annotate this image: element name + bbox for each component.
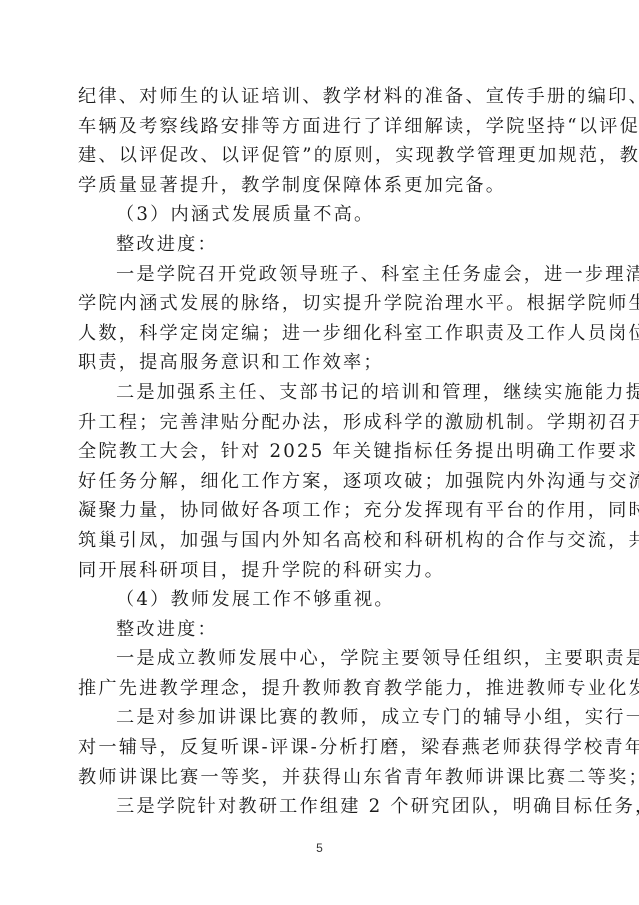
text-line: 二是加强系主任、支部书记的培训和管理，继续实施能力提 <box>78 378 562 408</box>
text-line: 学质量显著提升，教学制度保障体系更加完备。 <box>78 171 562 201</box>
text-line: 好任务分解，细化工作方案，逐项攻破；加强院内外沟通与交流， <box>78 467 562 497</box>
text-line: 三是学院针对教研工作组建 2 个研究团队，明确目标任务， <box>78 792 562 822</box>
text-line: 整改进度： <box>78 230 562 260</box>
text-line: （3）内涵式发展质量不高。 <box>78 200 562 230</box>
text-line: 筑巢引凤，加强与国内外知名高校和科研机构的合作与交流，共 <box>78 526 562 556</box>
text-line: 人数，科学定岗定编；进一步细化科室工作职责及工作人员岗位 <box>78 319 562 349</box>
text-line: 升工程；完善津贴分配办法，形成科学的激励机制。学期初召开 <box>78 408 562 438</box>
text-line: 一是学院召开党政领导班子、科室主任务虚会，进一步理清 <box>78 260 562 290</box>
text-line: 一是成立教师发展中心，学院主要领导任组织，主要职责是 <box>78 644 562 674</box>
text-line: 建、以评促改、以评促管”的原则，实现教学管理更加规范，教 <box>78 141 562 171</box>
text-line: （4）教师发展工作不够重视。 <box>78 585 562 615</box>
text-line: 纪律、对师生的认证培训、教学材料的准备、宣传手册的编印、 <box>78 82 562 112</box>
text-line: 全院教工大会，针对 2025 年关键指标任务提出明确工作要求：做 <box>78 437 562 467</box>
page-number: 5 <box>0 841 639 855</box>
text-line: 车辆及考察线路安排等方面进行了详细解读，学院坚持“以评促 <box>78 112 562 142</box>
document-page: 纪律、对师生的认证培训、教学材料的准备、宣传手册的编印、车辆及考察线路安排等方面… <box>0 0 639 905</box>
text-line: 整改进度： <box>78 615 562 645</box>
text-line: 同开展科研项目，提升学院的科研实力。 <box>78 556 562 586</box>
text-line: 凝聚力量，协同做好各项工作；充分发挥现有平台的作用，同时 <box>78 496 562 526</box>
text-line: 职责，提高服务意识和工作效率； <box>78 348 562 378</box>
text-line: 学院内涵式发展的脉络，切实提升学院治理水平。根据学院师生 <box>78 289 562 319</box>
document-body: 纪律、对师生的认证培训、教学材料的准备、宣传手册的编印、车辆及考察线路安排等方面… <box>78 82 562 822</box>
text-line: 推广先进教学理念，提升教师教育教学能力，推进教师专业化发展； <box>78 674 562 704</box>
text-line: 二是对参加讲课比赛的教师，成立专门的辅导小组，实行一 <box>78 703 562 733</box>
text-line: 对一辅导，反复听课-评课-分析打磨，梁春燕老师获得学校青年 <box>78 733 562 763</box>
text-line: 教师讲课比赛一等奖，并获得山东省青年教师讲课比赛二等奖； <box>78 763 562 793</box>
